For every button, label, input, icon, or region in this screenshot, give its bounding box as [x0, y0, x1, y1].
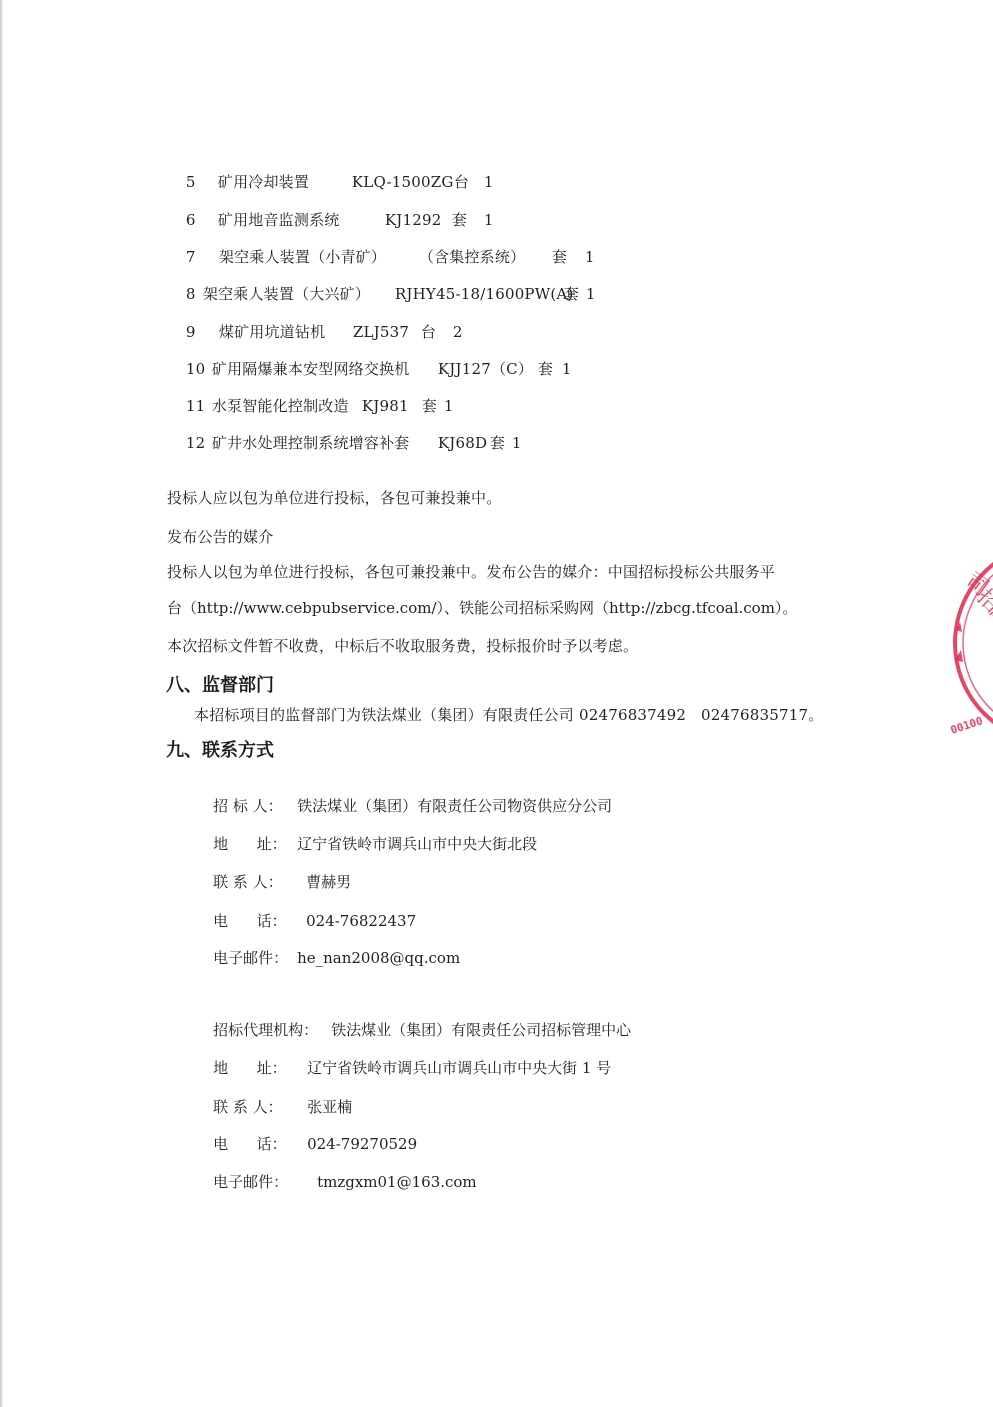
item-qty: 1	[562, 359, 572, 379]
agency-name-label: 招标代理机构：	[213, 1020, 331, 1040]
agency-email: tmzgxm01@163.com	[317, 1172, 477, 1192]
bidding-note-1: 投标人应以包为单位进行投标，各包可兼投兼中。	[167, 488, 501, 508]
svg-text:00100: 00100	[950, 714, 984, 737]
item-model: KJ68D	[438, 433, 490, 453]
bidding-note-4: 本次招标文件暂不收费，中标后不收取服务费，投标报价时予以考虑。	[167, 636, 638, 656]
item-unit: 台	[454, 172, 484, 192]
tenderer-contact-label: 联 系 人：	[213, 872, 306, 892]
agency-email-row: 电子邮件：tmzgxm01@163.com	[194, 1152, 477, 1212]
media-title: 发布公告的媒介	[167, 527, 273, 547]
supervision-text: 本招标项目的监督部门为铁法煤业（集团）有限责任公司 02476837492 02…	[194, 705, 823, 725]
item-qty: 1	[512, 433, 522, 453]
agency-phone: 024-79270529	[307, 1134, 417, 1154]
section-9-title: 九、联系方式	[166, 739, 274, 763]
item-model: KLQ-1500ZG	[352, 172, 454, 192]
item-qty: 1	[484, 172, 494, 192]
item-number: 5	[186, 172, 218, 192]
list-item: 12矿井水处理控制系统增容补套KJ68D套1	[166, 413, 522, 473]
page-left-edge	[0, 0, 3, 1407]
tenderer-email: he_nan2008@qq.com	[297, 948, 460, 968]
item-unit: 套	[564, 284, 586, 304]
item-name: 架空乘人装置（大兴矿）	[203, 284, 395, 304]
tenderer-contact-person: 曹赫男	[306, 872, 351, 892]
seal-icon: 司 招 标 00100	[950, 538, 993, 748]
tenderer-email-label: 电子邮件：	[213, 948, 297, 968]
agency-name: 铁法煤业（集团）有限责任公司招标管理中心	[331, 1020, 631, 1040]
agency-phone-label: 电 话：	[213, 1134, 307, 1154]
agency-email-label: 电子邮件：	[213, 1172, 317, 1192]
tenderer-name: 铁法煤业（集团）有限责任公司物资供应分公司	[297, 796, 612, 816]
item-qty: 1	[586, 284, 596, 304]
bidding-note-2: 投标人以包为单位进行投标，各包可兼投兼中。发布公告的媒介：中国招标投标公共服务平	[167, 562, 775, 582]
item-name: 矿用冷却装置	[218, 172, 352, 192]
agency-address-label: 地 址：	[213, 1058, 307, 1078]
company-seal-stamp: 司 招 标 00100	[950, 538, 993, 748]
item-name: 矿井水处理控制系统增容补套	[212, 433, 438, 453]
item-unit: 套	[490, 433, 512, 453]
item-model: RJHY45-18/1600PW(A)	[395, 284, 564, 304]
tenderer-address-label: 地 址：	[213, 834, 297, 854]
item-number: 8	[186, 284, 203, 304]
item-unit: 套	[538, 359, 562, 379]
tenderer-name-label: 招 标 人：	[213, 796, 297, 816]
agency-address: 辽宁省铁岭市调兵山市调兵山市中央大街 1 号	[307, 1058, 611, 1078]
tenderer-address: 辽宁省铁岭市调兵山市中央大街北段	[297, 834, 537, 854]
item-number: 12	[186, 433, 212, 453]
tenderer-email-row: 电子邮件：he_nan2008@qq.com	[194, 928, 460, 988]
bidding-note-3: 台（http://www.cebpubservice.com/）、铁能公司招标采…	[167, 598, 797, 618]
section-8-title: 八、监督部门	[166, 674, 274, 698]
